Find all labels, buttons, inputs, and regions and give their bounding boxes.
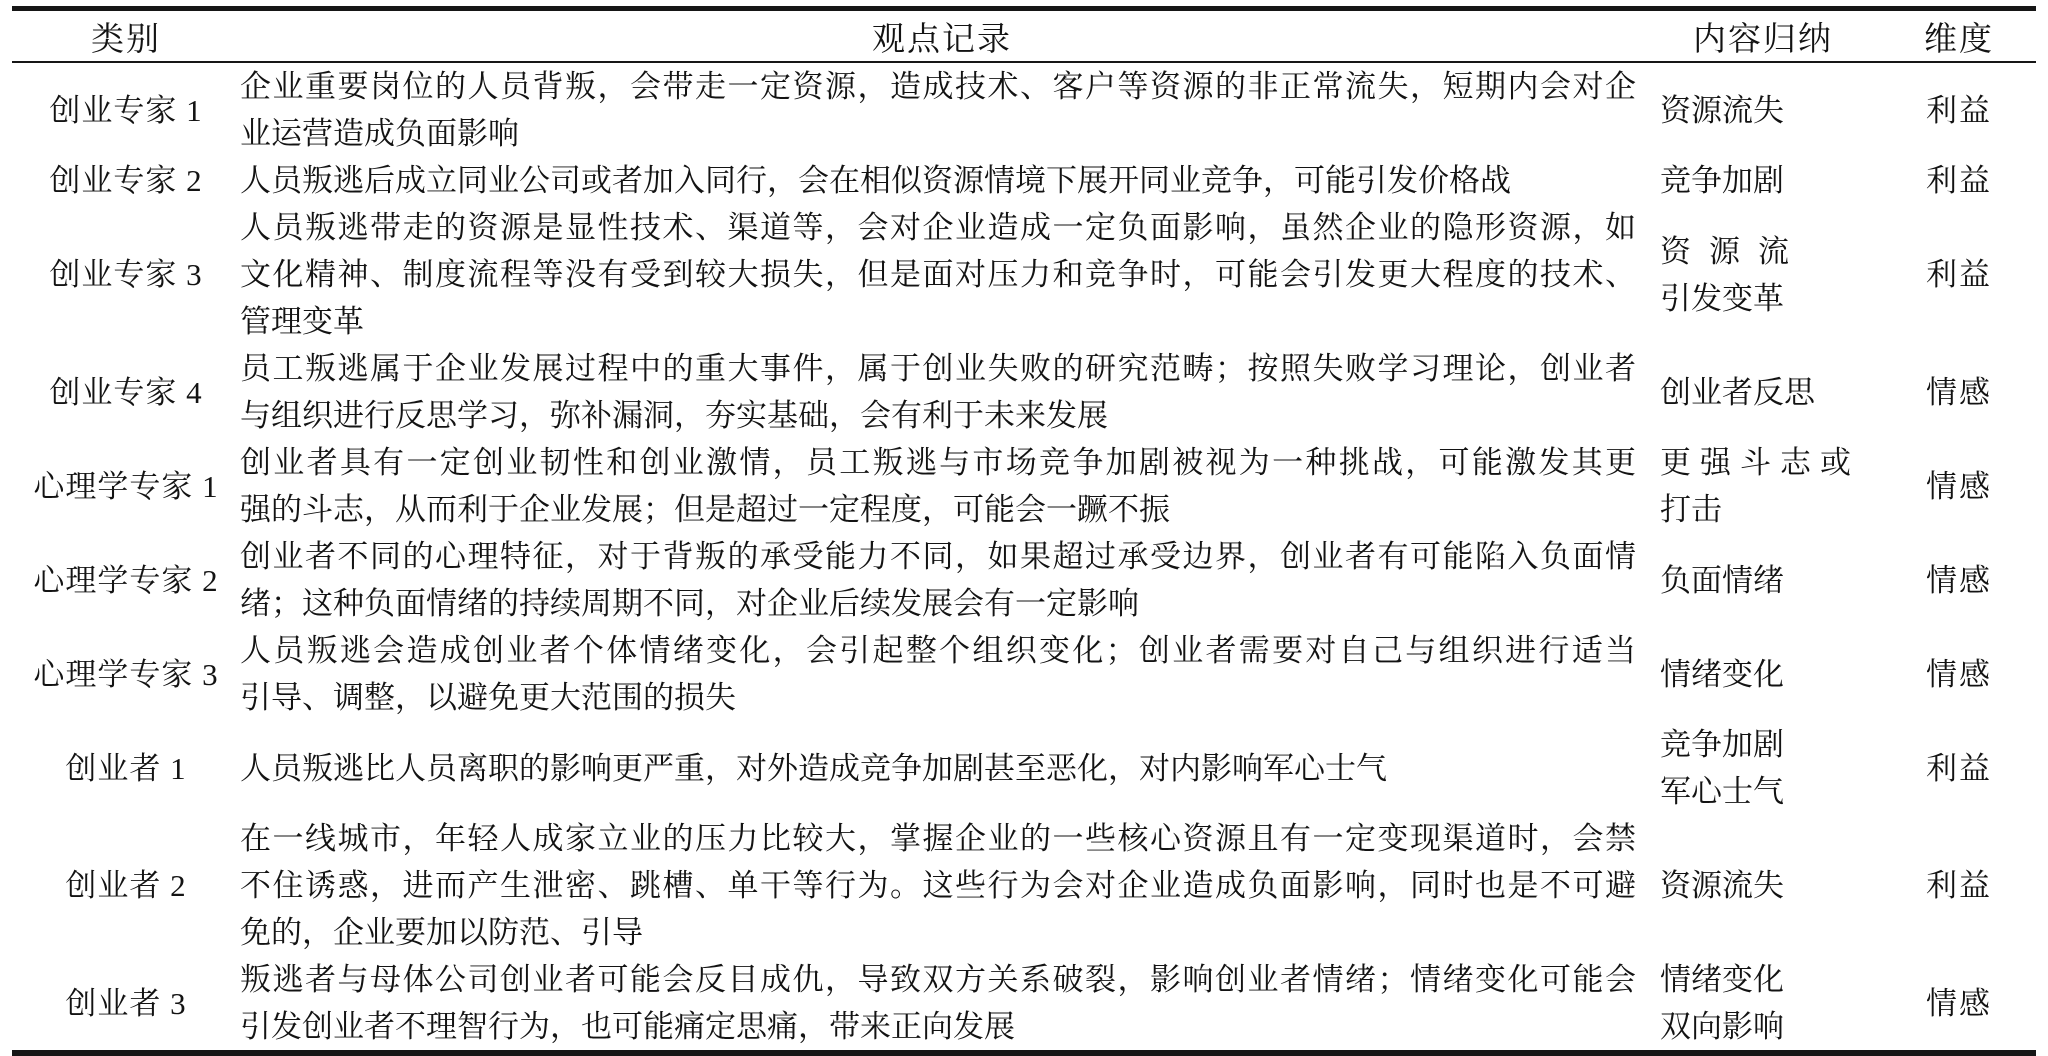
table-row: 创业专家 4 员工叛逃属于企业发展过程中的重大事件，属于创业失败的研究范畴；按照…: [12, 345, 2036, 439]
table-row: 创业者 3 叛逃者与母体公司创业者可能会反目成仇，导致双方关系破裂，影响创业者情…: [12, 956, 2036, 1053]
summary-line: 情绪变化: [1660, 651, 1882, 698]
viewpoint-line: 引导、调整，以避免更大范围的损失: [240, 674, 1636, 721]
viewpoint-line: 引发创业者不理智行为，也可能痛定思痛，带来正向发展: [240, 1003, 1636, 1050]
paper-table-page: 类别 观点记录 内容归纳 维度 创业专家 1 企业重要岗位的人员背叛，会带走一定…: [0, 0, 2048, 1056]
summary-cell: 负面情绪: [1644, 533, 1882, 627]
dimension-cell: 利益: [1882, 62, 2036, 157]
viewpoint-line: 叛逃者与母体公司创业者可能会反目成仇，导致双方关系破裂，影响创业者情绪；情绪变化…: [240, 956, 1636, 1003]
summary-line: 打击: [1660, 486, 1882, 533]
category-cell: 创业专家 3: [12, 204, 240, 345]
viewpoint-cell: 叛逃者与母体公司创业者可能会反目成仇，导致双方关系破裂，影响创业者情绪；情绪变化…: [240, 956, 1644, 1053]
dimension-cell: 情感: [1882, 439, 2036, 533]
summary-line: 资源流: [1660, 228, 1882, 275]
summary-cell: 创业者反思: [1644, 345, 1882, 439]
viewpoint-line: 员工叛逃属于企业发展过程中的重大事件，属于创业失败的研究范畴；按照失败学习理论，…: [240, 345, 1636, 392]
col-header-viewpoint: 观点记录: [240, 9, 1644, 63]
viewpoint-cell: 员工叛逃属于企业发展过程中的重大事件，属于创业失败的研究范畴；按照失败学习理论，…: [240, 345, 1644, 439]
category-cell: 创业者 2: [12, 815, 240, 956]
col-header-dimension: 维度: [1882, 9, 2036, 63]
summary-cell: 更强斗志或 打击: [1644, 439, 1882, 533]
summary-line: 更强斗志或: [1660, 439, 1882, 486]
summary-line: 情绪变化: [1660, 956, 1882, 1003]
table-row: 心理学专家 3 人员叛逃会造成创业者个体情绪变化，会引起整个组织变化；创业者需要…: [12, 627, 2036, 721]
table-row: 创业专家 3 人员叛逃带走的资源是显性技术、渠道等，会对企业造成一定负面影响，虽…: [12, 204, 2036, 345]
dimension-cell: 利益: [1882, 815, 2036, 956]
dimension-cell: 情感: [1882, 533, 2036, 627]
viewpoint-cell: 人员叛逃后成立同业公司或者加入同行，会在相似资源情境下展开同业竞争，可能引发价格…: [240, 157, 1644, 204]
viewpoint-line: 文化精神、制度流程等没有受到较大损失，但是面对压力和竞争时，可能会引发更大程度的…: [240, 251, 1636, 298]
table-row: 创业者 2 在一线城市，年轻人成家立业的压力比较大，掌握企业的一些核心资源且有一…: [12, 815, 2036, 956]
viewpoint-line: 与组织进行反思学习，弥补漏洞，夯实基础，会有利于未来发展: [240, 392, 1636, 439]
viewpoint-cell: 企业重要岗位的人员背叛，会带走一定资源，造成技术、客户等资源的非正常流失，短期内…: [240, 62, 1644, 157]
expert-opinion-table: 类别 观点记录 内容归纳 维度 创业专家 1 企业重要岗位的人员背叛，会带走一定…: [12, 6, 2036, 1056]
category-cell: 创业专家 1: [12, 62, 240, 157]
viewpoint-cell: 人员叛逃会造成创业者个体情绪变化，会引起整个组织变化；创业者需要对自己与组织进行…: [240, 627, 1644, 721]
col-header-category: 类别: [12, 9, 240, 63]
viewpoint-line: 在一线城市，年轻人成家立业的压力比较大，掌握企业的一些核心资源且有一定变现渠道时…: [240, 815, 1636, 862]
summary-line: 资源流失: [1660, 862, 1882, 909]
viewpoint-line: 创业者不同的心理特征，对于背叛的承受能力不同，如果超过承受边界，创业者有可能陷入…: [240, 533, 1636, 580]
category-cell: 创业者 1: [12, 721, 240, 815]
category-cell: 心理学专家 1: [12, 439, 240, 533]
summary-cell: 竞争加剧: [1644, 157, 1882, 204]
viewpoint-cell: 人员叛逃带走的资源是显性技术、渠道等，会对企业造成一定负面影响，虽然企业的隐形资…: [240, 204, 1644, 345]
summary-line: 创业者反思: [1660, 369, 1882, 416]
viewpoint-line: 免的，企业要加以防范、引导: [240, 909, 1636, 956]
viewpoint-line: 企业重要岗位的人员背叛，会带走一定资源，造成技术、客户等资源的非正常流失，短期内…: [240, 63, 1636, 110]
dimension-cell: 利益: [1882, 204, 2036, 345]
summary-cell: 资源流失: [1644, 815, 1882, 956]
viewpoint-cell: 人员叛逃比人员离职的影响更严重，对外造成竞争加剧甚至恶化，对内影响军心士气: [240, 721, 1644, 815]
summary-line: 负面情绪: [1660, 557, 1882, 604]
summary-cell: 情绪变化: [1644, 627, 1882, 721]
viewpoint-line: 绪；这种负面情绪的持续周期不同，对企业后续发展会有一定影响: [240, 580, 1636, 627]
viewpoint-line: 创业者具有一定创业韧性和创业激情，员工叛逃与市场竞争加剧被视为一种挑战，可能激发…: [240, 439, 1636, 486]
dimension-cell: 情感: [1882, 627, 2036, 721]
category-cell: 创业专家 2: [12, 157, 240, 204]
category-cell: 心理学专家 3: [12, 627, 240, 721]
viewpoint-cell: 在一线城市，年轻人成家立业的压力比较大，掌握企业的一些核心资源且有一定变现渠道时…: [240, 815, 1644, 956]
viewpoint-cell: 创业者不同的心理特征，对于背叛的承受能力不同，如果超过承受边界，创业者有可能陷入…: [240, 533, 1644, 627]
summary-line: 竞争加剧: [1660, 157, 1882, 204]
viewpoint-line: 业运营造成负面影响: [240, 110, 1636, 157]
category-cell: 心理学专家 2: [12, 533, 240, 627]
viewpoint-line: 强的斗志，从而利于企业发展；但是超过一定程度，可能会一蹶不振: [240, 486, 1636, 533]
dimension-cell: 情感: [1882, 956, 2036, 1053]
viewpoint-line: 人员叛逃带走的资源是显性技术、渠道等，会对企业造成一定负面影响，虽然企业的隐形资…: [240, 204, 1636, 251]
viewpoint-line: 人员叛逃后成立同业公司或者加入同行，会在相似资源情境下展开同业竞争，可能引发价格…: [240, 157, 1636, 204]
dimension-cell: 利益: [1882, 721, 2036, 815]
table-row: 创业专家 2 人员叛逃后成立同业公司或者加入同行，会在相似资源情境下展开同业竞争…: [12, 157, 2036, 204]
summary-line: 资源流失: [1660, 87, 1882, 134]
summary-cell: 情绪变化 双向影响: [1644, 956, 1882, 1053]
header-row: 类别 观点记录 内容归纳 维度: [12, 9, 2036, 63]
viewpoint-line: 人员叛逃会造成创业者个体情绪变化，会引起整个组织变化；创业者需要对自己与组织进行…: [240, 627, 1636, 674]
dimension-cell: 情感: [1882, 345, 2036, 439]
summary-line: 竞争加剧: [1660, 721, 1882, 768]
summary-cell: 资源流 引发变革: [1644, 204, 1882, 345]
category-cell: 创业者 3: [12, 956, 240, 1053]
table-row: 心理学专家 1 创业者具有一定创业韧性和创业激情，员工叛逃与市场竞争加剧被视为一…: [12, 439, 2036, 533]
dimension-cell: 利益: [1882, 157, 2036, 204]
table-row: 心理学专家 2 创业者不同的心理特征，对于背叛的承受能力不同，如果超过承受边界，…: [12, 533, 2036, 627]
viewpoint-line: 管理变革: [240, 298, 1636, 345]
summary-cell: 竞争加剧 军心士气: [1644, 721, 1882, 815]
viewpoint-cell: 创业者具有一定创业韧性和创业激情，员工叛逃与市场竞争加剧被视为一种挑战，可能激发…: [240, 439, 1644, 533]
summary-line: 军心士气: [1660, 768, 1882, 815]
category-cell: 创业专家 4: [12, 345, 240, 439]
summary-line: 引发变革: [1660, 275, 1882, 322]
col-header-summary: 内容归纳: [1644, 9, 1882, 63]
table-row: 创业者 1 人员叛逃比人员离职的影响更严重，对外造成竞争加剧甚至恶化，对内影响军…: [12, 721, 2036, 815]
summary-cell: 资源流失: [1644, 62, 1882, 157]
viewpoint-line: 人员叛逃比人员离职的影响更严重，对外造成竞争加剧甚至恶化，对内影响军心士气: [240, 745, 1636, 792]
table-row: 创业专家 1 企业重要岗位的人员背叛，会带走一定资源，造成技术、客户等资源的非正…: [12, 62, 2036, 157]
viewpoint-line: 不住诱惑，进而产生泄密、跳槽、单干等行为。这些行为会对企业造成负面影响，同时也是…: [240, 862, 1636, 909]
summary-line: 双向影响: [1660, 1003, 1882, 1050]
